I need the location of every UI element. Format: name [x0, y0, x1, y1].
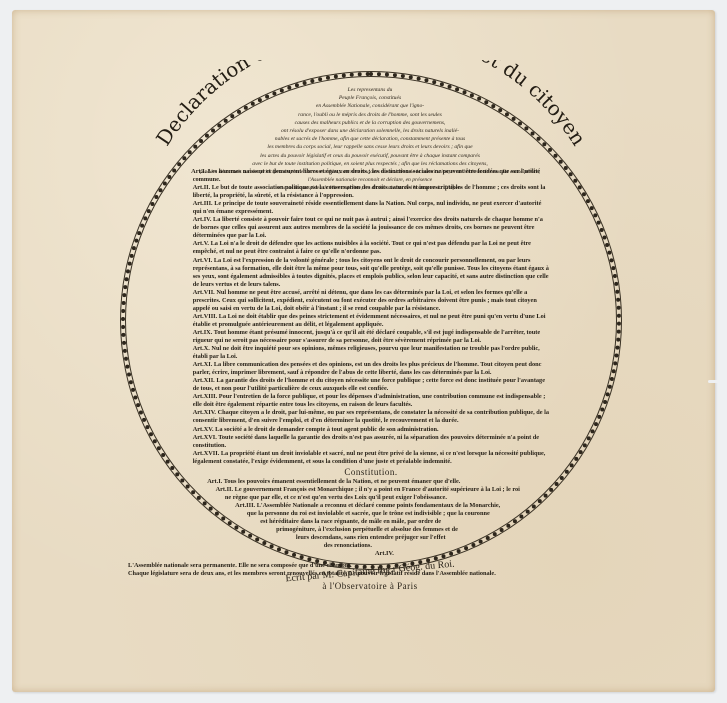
article-text: Tous les pouvoirs émanent essentiellemen… [224, 478, 461, 485]
article-label: Art.I. [191, 168, 208, 175]
layout-spacer [526, 490, 614, 498]
layout-spacer [128, 184, 179, 192]
layout-spacer [595, 377, 614, 385]
article-text: Nul ne doit être inquiété pour ses opini… [193, 345, 540, 360]
layout-spacer [601, 345, 614, 353]
article-label: Art.XI. [193, 361, 214, 368]
layout-spacer [446, 538, 614, 546]
layout-spacer [128, 313, 139, 321]
layout-spacer [517, 498, 614, 506]
article-label: Art.XVII. [193, 450, 221, 457]
article-label: Art.XV. [193, 426, 215, 433]
layout-spacer [602, 297, 614, 305]
article: Art.IX. Tout homme étant présumé innocen… [128, 329, 614, 345]
layout-spacer [595, 257, 614, 265]
article-label: Art.VII. [193, 289, 217, 296]
article-text: La société a le droit de demander compte… [215, 426, 438, 433]
article-text: Chaque citoyen a le droit, par lui-même,… [193, 409, 549, 424]
layout-spacer [597, 265, 614, 273]
article-text: Les hommes naissent et demeurent libres … [193, 168, 541, 183]
article-label: Art.I. [207, 478, 224, 485]
layout-spacer [128, 369, 145, 377]
layout-spacer [128, 514, 247, 522]
preamble-line: Peuple François, constitués [195, 94, 545, 102]
article-text: Toute société dans laquelle la garantie … [193, 434, 539, 449]
article: Art.XV. La société a le droit de demande… [128, 426, 614, 434]
article-label: Art.III. [235, 502, 257, 509]
article: Art.IV. La liberté consiste à pouvoir fa… [128, 216, 614, 240]
layout-spacer [128, 192, 174, 200]
layout-spacer [128, 385, 149, 393]
layout-spacer [567, 442, 614, 450]
article-text: Le gouvernement François est Monarchique… [225, 486, 520, 501]
layout-spacer [563, 184, 614, 192]
article-label: Art.XII. [193, 377, 217, 384]
article-label: Art.V. [193, 240, 211, 247]
preamble-line: ont résolu d'exposer dans une déclaratio… [195, 127, 545, 135]
preamble-line: avec le but de toute institution politiq… [195, 160, 545, 168]
layout-spacer [128, 482, 207, 490]
article-label: Art.III. [193, 200, 215, 207]
article-text: La propriété étant un droit inviolable e… [193, 450, 546, 465]
preamble-line: en Assemblée Nationale, considérant que … [195, 102, 545, 110]
layout-spacer [128, 232, 154, 240]
layout-spacer [591, 240, 614, 248]
layout-spacer [557, 176, 614, 184]
layout-spacer [128, 490, 216, 498]
preamble-line: les membres du corps social, leur rappel… [195, 143, 545, 151]
preamble-line: causes des malheurs publics et de la cor… [195, 119, 545, 127]
layout-spacer [602, 337, 614, 345]
layout-spacer [128, 216, 161, 224]
article-label: Art.IV. [375, 550, 394, 557]
article: Art.VIII. La Loi ne doit établir que des… [128, 313, 614, 329]
article: Art.II. Le but de toute association poli… [128, 184, 614, 200]
constitution-heading: Constitution. [128, 467, 614, 478]
layout-spacer [577, 208, 614, 216]
article-text: Tout homme étant présumé innocent, jusqu… [193, 329, 540, 344]
layout-spacer [600, 281, 614, 289]
layout-spacer [573, 200, 614, 208]
layout-spacer [128, 345, 141, 353]
article-label: Art.XIII. [193, 393, 219, 400]
layout-spacer [128, 297, 140, 305]
layout-spacer [128, 353, 142, 361]
layout-spacer [495, 514, 614, 522]
layout-spacer [128, 442, 175, 450]
layout-spacer [128, 305, 139, 313]
layout-spacer [128, 458, 186, 466]
article-label: Art.XIV. [193, 409, 218, 416]
layout-spacer [128, 208, 165, 216]
layout-spacer [128, 498, 225, 506]
article-label: Art.IX. [193, 329, 214, 336]
layout-spacer [556, 458, 614, 466]
article: Art.XVI. Toute société dans laquelle la … [128, 434, 614, 450]
layout-spacer [128, 265, 145, 273]
layout-spacer [603, 305, 614, 313]
preamble-line: Les representans du [195, 86, 545, 94]
article-text: La Loi n'a le droit de défendre que les … [193, 240, 531, 255]
preamble-line: nables et sacrés de l'homme, afin que ce… [195, 135, 545, 143]
layout-spacer [418, 546, 614, 554]
article-label: Art.II. [216, 486, 235, 493]
layout-spacer [597, 369, 614, 377]
article: Art.I. Les hommes naissent et demeurent … [128, 168, 614, 184]
layout-spacer [568, 192, 614, 200]
layout-spacer [581, 216, 614, 224]
layout-spacer [580, 417, 614, 425]
article-text: La Loi ne doit établir que des peines st… [193, 313, 546, 328]
layout-spacer [587, 401, 614, 409]
layout-spacer [128, 329, 139, 337]
layout-spacer [128, 409, 158, 417]
article-label: Art.IV. [193, 216, 213, 223]
layout-spacer [542, 474, 614, 482]
layout-spacer [128, 168, 191, 176]
layout-spacer [128, 522, 260, 530]
layout-spacer [128, 200, 169, 208]
layout-spacer [507, 506, 614, 514]
article-label: Art.VIII. [193, 313, 219, 320]
article: Art.XI. La libre communication des pensé… [128, 361, 614, 377]
layout-spacer [593, 385, 614, 393]
signature-block: Ecrit par M. Capitaine Ing.r Géog. du Ro… [270, 566, 470, 591]
article-text: Le principe de toute souveraineté réside… [193, 200, 542, 215]
article-text: La garantie des droits de l'homme et du … [193, 377, 545, 392]
layout-spacer [128, 257, 147, 265]
paper-tear [708, 380, 720, 383]
layout-spacer [128, 417, 162, 425]
layout-spacer [128, 450, 181, 458]
article: Art.XIV. Chaque citoyen a le droit, par … [128, 409, 614, 425]
layout-spacer [576, 426, 614, 434]
layout-spacer [600, 353, 614, 361]
layout-spacer [603, 321, 614, 329]
article-label: Art.VI. [193, 257, 214, 264]
articles-body: Art.I. Les hommes naissent et demeurent … [128, 168, 614, 578]
layout-spacer [599, 361, 614, 369]
layout-spacer [128, 393, 152, 401]
layout-spacer [128, 240, 151, 248]
layout-spacer [128, 321, 139, 329]
layout-spacer [128, 554, 375, 562]
layout-spacer [128, 466, 193, 474]
layout-spacer [128, 224, 158, 232]
layout-spacer [128, 401, 155, 409]
layout-spacer [551, 168, 614, 176]
layout-spacer [128, 176, 185, 184]
article-text: Nul homme ne peut être accusé, arrêté ni… [193, 289, 537, 312]
article: Art.XVII. La propriété étant un droit in… [128, 450, 614, 466]
layout-spacer [549, 466, 614, 474]
layout-spacer [128, 530, 276, 538]
layout-spacer [572, 434, 614, 442]
article: Art.VI. La Loi est l'expression de la vo… [128, 257, 614, 289]
article: Art.VII. Nul homme ne peut être accusé, … [128, 289, 614, 313]
article-text: La liberté consiste à pouvoir faire tout… [193, 216, 543, 239]
article: Art.XII. La garantie des droits de l'hom… [128, 377, 614, 393]
article-label: Art.II. [193, 184, 212, 191]
layout-spacer [588, 232, 614, 240]
article-text: La libre communication des pensées et de… [193, 361, 542, 376]
layout-spacer [601, 289, 614, 297]
layout-spacer [535, 482, 614, 490]
layout-spacer [128, 434, 170, 442]
article: Art.X. Nul ne doit être inquiété pour se… [128, 345, 614, 361]
article-text: Pour l'entretien de la force publique, e… [193, 393, 546, 408]
layout-spacer [593, 248, 614, 256]
article: Art.III. Le principe de toute souveraine… [128, 200, 614, 216]
layout-spacer [466, 530, 614, 538]
layout-spacer [128, 273, 143, 281]
preamble-line: rance, l'oubli ou le mépris des droits d… [195, 111, 545, 119]
layout-spacer [603, 313, 614, 321]
layout-spacer [603, 329, 614, 337]
article-label: Art.XVI. [193, 434, 219, 441]
layout-spacer [584, 409, 614, 417]
layout-spacer [128, 377, 147, 385]
preamble-line: les actes du pouvoir législatif et ceux … [195, 152, 545, 160]
rights-articles: Art.I. Les hommes naissent et demeurent … [128, 168, 614, 466]
layout-spacer [128, 546, 324, 554]
layout-spacer [599, 273, 614, 281]
layout-spacer [128, 361, 143, 369]
layout-spacer [128, 474, 200, 482]
layout-spacer [128, 289, 141, 297]
article-text: Le but de toute association politique es… [193, 184, 546, 199]
article-label: Art.X. [193, 345, 212, 352]
layout-spacer [128, 426, 166, 434]
layout-spacer [128, 538, 296, 546]
article: Art.V. La Loi n'a le droit de défendre q… [128, 240, 614, 256]
layout-spacer [128, 337, 140, 345]
layout-spacer [590, 393, 614, 401]
layout-spacer [482, 522, 614, 530]
layout-spacer [128, 506, 235, 514]
layout-spacer [561, 450, 614, 458]
layout-spacer [128, 281, 142, 289]
layout-spacer [585, 224, 615, 232]
article: Art.XIII. Pour l'entretien de la force p… [128, 393, 614, 409]
article-text: La Loi est l'expression de la volonté gé… [193, 257, 549, 288]
layout-spacer [128, 248, 149, 256]
